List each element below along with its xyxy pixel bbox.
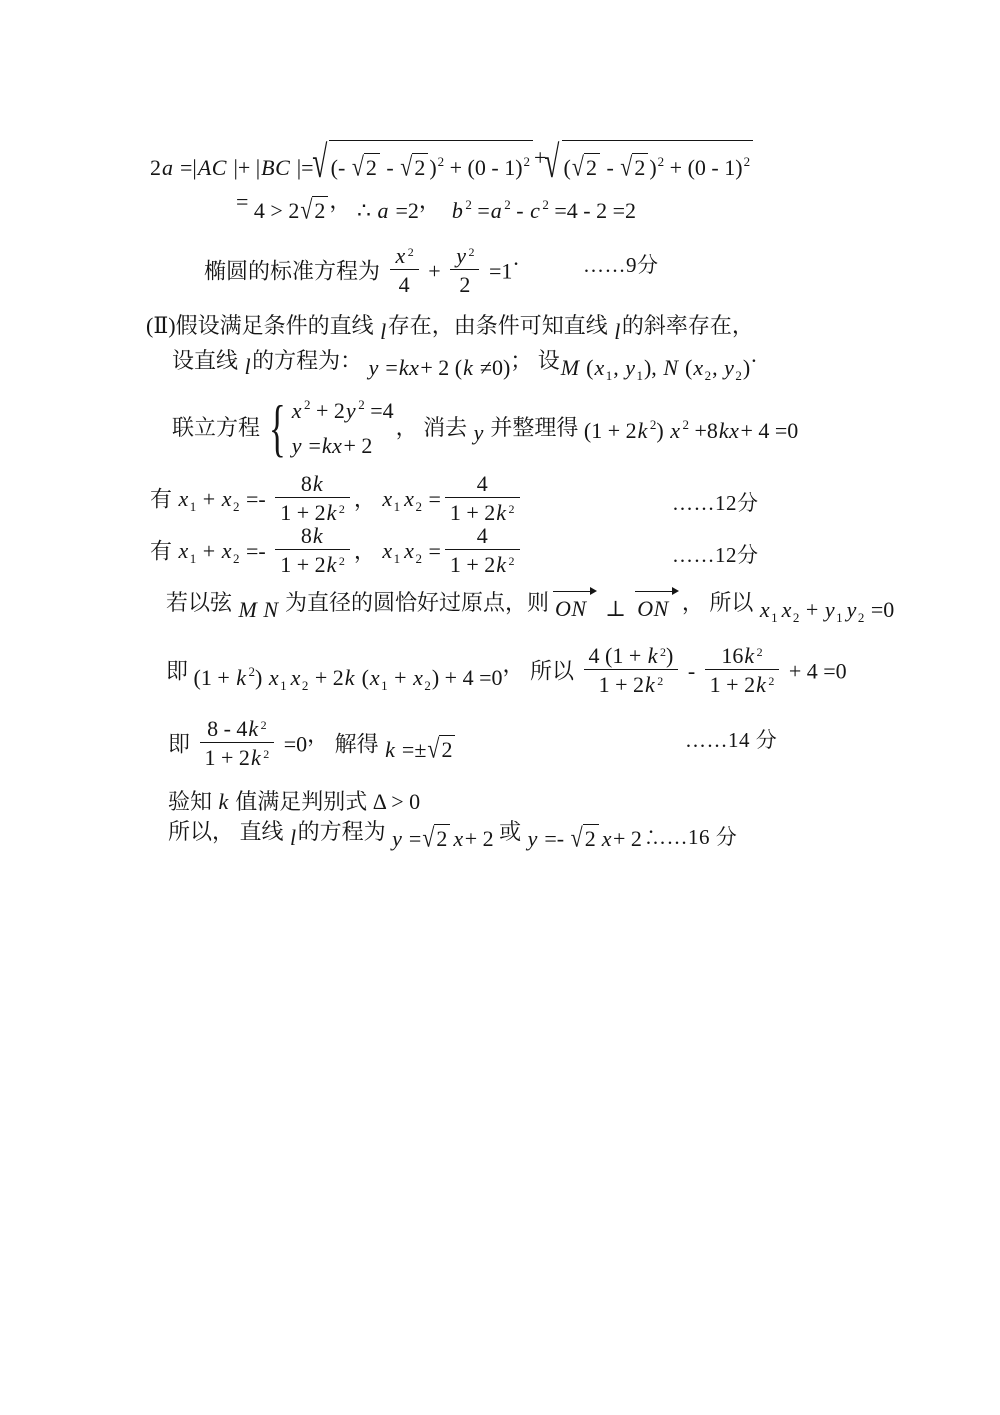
- math-text: |+ |: [228, 155, 260, 180]
- math-text: 存在，由条件可知直线: [388, 313, 614, 338]
- superscript: 2: [542, 197, 549, 212]
- baseline-shift: ON ⊥ ON: [549, 588, 682, 623]
- math-text: 值满足判别式 Δ > 0: [230, 789, 420, 814]
- numerator: 4 (1 + k2): [584, 643, 679, 669]
- math-variable: y: [473, 420, 485, 445]
- superscript: 2: [339, 502, 345, 516]
- math-variable: x: [593, 355, 605, 380]
- superscript: 2: [339, 554, 345, 568]
- line-a-equals-2: = 4 > 2√2， ∴ a =2，b2 =a2 - c2 =4 - 2 =2: [236, 196, 636, 225]
- baseline-shift: x1x2 + y1y2 =0: [759, 596, 894, 624]
- baseline-shift: y =√2x+ 2: [391, 824, 493, 853]
- math-text: 并整理得: [485, 415, 584, 440]
- math-text: =-: [240, 486, 271, 511]
- superscript: 2: [304, 397, 311, 412]
- math-text: 2: [459, 272, 470, 297]
- math-text: =±: [396, 737, 426, 762]
- math-text: 2: [414, 155, 425, 180]
- math-variable: k: [218, 789, 230, 814]
- superscript: 2: [263, 747, 269, 761]
- radicand: 2: [632, 153, 648, 182]
- math-text: + 4 =0: [740, 418, 798, 443]
- math-variable: l: [613, 319, 622, 344]
- fraction: 41 + 2k2: [445, 471, 520, 526]
- math-variable: k: [384, 737, 396, 762]
- math-text: ，: [502, 652, 524, 677]
- radical-sign-icon: √: [312, 134, 327, 190]
- math-variable: k: [344, 665, 356, 690]
- math-variable: y: [368, 355, 380, 380]
- math-variable: kx: [398, 355, 421, 380]
- fraction: 4 (1 + k2)1 + 2k2: [584, 643, 679, 698]
- math-text: ，: [307, 722, 329, 747]
- baseline-shift: y =- √2x+ 2: [527, 824, 642, 853]
- math-text: =: [423, 538, 441, 563]
- math-variable: AC: [197, 155, 228, 180]
- superscript: 2: [438, 154, 445, 169]
- math-text: +8: [689, 418, 718, 443]
- math-variable: y: [824, 597, 836, 622]
- math-variable: x: [381, 486, 393, 511]
- superscript: 2: [509, 502, 515, 516]
- math-variable: x: [452, 826, 464, 851]
- line-part2-assumption: (Ⅱ)假设满足条件的直线 l存在，由条件可知直线 l的斜率存在，: [146, 312, 754, 340]
- baseline-shift: l: [244, 353, 253, 381]
- denominator: 1 + 2k2: [705, 669, 780, 697]
- math-variable: k: [312, 471, 324, 496]
- numerator: 8k: [275, 523, 350, 549]
- sqrt-radical: √(√2 - √2)2 + (0 - 1)2: [547, 140, 753, 182]
- math-variable: l: [289, 825, 298, 850]
- math-text: ， 所以: [682, 590, 759, 615]
- radicand: (√2 - √2)2 + (0 - 1)2: [562, 140, 754, 182]
- subscript: 1: [394, 499, 401, 514]
- score-marker: ……16 分: [645, 821, 737, 851]
- math-text: 设直线: [172, 348, 244, 373]
- math-text: 联立方程: [172, 415, 260, 440]
- math-variable: c: [529, 198, 541, 223]
- math-text: 的斜率存在，: [622, 313, 754, 338]
- system-rows: x2 + 2y2 =4y =kx+ 2: [291, 397, 394, 459]
- radical-sign-icon: √: [427, 732, 439, 766]
- radicand: 2: [434, 824, 450, 853]
- math-variable: kx: [321, 433, 344, 458]
- math-text: -: [601, 155, 619, 180]
- math-text: 2: [314, 198, 325, 223]
- sqrt-radical: √2: [571, 824, 599, 853]
- subscript: 1: [636, 368, 643, 383]
- math-text: 或: [494, 819, 527, 844]
- math-variable: y: [455, 243, 467, 268]
- subscript: 1: [394, 551, 401, 566]
- fraction: 41 + 2k2: [445, 523, 520, 578]
- math-text: 解得: [329, 731, 384, 756]
- math-variable: x: [403, 486, 415, 511]
- vector-arrow-line: [553, 591, 593, 592]
- math-text: +: [800, 597, 823, 622]
- math-variable: k: [312, 523, 324, 548]
- math-text: 若以弦: [166, 590, 238, 615]
- math-text: ): [429, 155, 436, 180]
- subscript: 2: [233, 551, 240, 566]
- math-variable: N: [662, 355, 679, 380]
- math-text: 2: [150, 155, 161, 180]
- math-text: (: [564, 155, 571, 180]
- math-variable: y: [291, 433, 303, 458]
- math-text: =4 - 2 =2: [549, 198, 636, 223]
- math-text: ，: [419, 188, 441, 213]
- math-variable: k: [647, 643, 659, 668]
- math-text: =0: [865, 597, 894, 622]
- baseline-shift: ，: [307, 721, 329, 749]
- denominator: 1 + 2k2: [584, 669, 679, 697]
- fraction: 16k21 + 2k2: [705, 643, 780, 698]
- math-text: 8: [301, 523, 312, 548]
- math-text: 8: [301, 471, 312, 496]
- numerator: 4: [445, 523, 520, 549]
- numerator: 8 - 4k2: [200, 716, 275, 742]
- math-variable: x: [291, 398, 303, 423]
- math-text: 所以: [525, 658, 580, 683]
- math-text: +: [389, 665, 412, 690]
- math-text: ·: [512, 251, 519, 276]
- radicand: 2: [583, 824, 599, 853]
- superscript: 2: [744, 154, 751, 169]
- baseline-shift: l: [289, 824, 298, 852]
- radical-sign-icon: √: [620, 150, 632, 184]
- math-variable: x: [692, 355, 704, 380]
- fraction: 8k1 + 2k2: [275, 471, 350, 526]
- math-text: 4: [399, 272, 410, 297]
- math-text: 1 + 2: [450, 500, 495, 525]
- math-text: 1 + 2: [280, 552, 325, 577]
- math-text: -: [682, 658, 700, 683]
- math-variable: k: [495, 500, 507, 525]
- superscript: 2: [524, 154, 531, 169]
- sqrt-radical: √2: [427, 735, 455, 764]
- math-variable: k: [755, 672, 767, 697]
- radicand: 2: [439, 735, 455, 764]
- math-text: =: [403, 826, 421, 851]
- subscript: 2: [735, 368, 742, 383]
- subscript: 2: [705, 368, 712, 383]
- math-text: + 2: [465, 826, 494, 851]
- denominator: 1 + 2k2: [445, 497, 520, 525]
- math-text: ): [743, 355, 750, 380]
- math-text: 即: [166, 658, 194, 683]
- math-text: ，: [354, 486, 382, 511]
- vector-body: ON: [636, 596, 670, 621]
- math-variable: k: [495, 552, 507, 577]
- math-variable: k: [462, 355, 474, 380]
- math-variable: l: [379, 319, 388, 344]
- math-variable: x: [178, 538, 190, 563]
- line-vieta-2: 有 x1 + x2 =- 8k1 + 2k2， x1x2 =41 + 2k2: [150, 526, 524, 581]
- math-variable: y: [846, 597, 858, 622]
- math-text: 2: [586, 155, 597, 180]
- math-text: (: [581, 355, 594, 380]
- subscript: 1: [606, 368, 613, 383]
- fraction: 8k1 + 2k2: [275, 523, 350, 578]
- math-text: ∴: [351, 198, 376, 223]
- vector-body: ON: [554, 596, 588, 621]
- math-variable: x: [412, 665, 424, 690]
- math-text: =2: [390, 198, 419, 223]
- math-text: 的方程为：: [252, 348, 368, 373]
- line-chord-condition: 若以弦 M N 为直径的圆恰好过原点，则ON ⊥ ON， 所以 x1x2 + y…: [166, 582, 894, 617]
- math-text: =-: [539, 826, 570, 851]
- math-variable: k: [250, 745, 262, 770]
- superscript: 2: [660, 645, 666, 659]
- math-text: =: [472, 198, 490, 223]
- sqrt-radical: √(- √2 - √2)2 + (0 - 1)2: [315, 140, 533, 182]
- system-row: x2 + 2y2 =4: [291, 397, 394, 425]
- subscript: 1: [280, 678, 287, 693]
- math-text: =: [423, 486, 441, 511]
- math-text: 8 - 4: [207, 716, 247, 741]
- math-text: ,: [712, 355, 723, 380]
- math-text: =1: [483, 258, 512, 283]
- math-variable: b: [451, 198, 465, 223]
- math-text: 所以， 直线: [168, 819, 289, 844]
- radicand: 2: [584, 153, 600, 182]
- math-text: (-: [331, 155, 351, 180]
- fraction: 8 - 4k21 + 2k2: [200, 716, 275, 771]
- math-variable: k: [644, 672, 656, 697]
- denominator: 4: [390, 269, 419, 297]
- math-text: 1 + 2: [599, 672, 644, 697]
- math-text: 为直径的圆恰好过原点，则: [280, 590, 550, 615]
- math-text: 2: [436, 826, 447, 851]
- denominator: 2: [450, 269, 479, 297]
- score-marker: ……14 分: [685, 724, 777, 754]
- numerator: 4: [445, 471, 520, 497]
- math-text: =: [380, 355, 398, 380]
- superscript: 2: [658, 154, 665, 169]
- vector: ON: [552, 588, 597, 623]
- math-variable: a: [376, 198, 390, 223]
- subscript: 2: [858, 610, 865, 625]
- math-text: ): [656, 418, 669, 443]
- subscript: 2: [415, 551, 422, 566]
- sqrt-radical: √2: [300, 196, 328, 225]
- subscript: 2: [415, 499, 422, 514]
- subscript: 2: [302, 678, 309, 693]
- math-text: ,: [613, 355, 624, 380]
- math-variable: y: [527, 826, 539, 851]
- math-text: ): [255, 665, 268, 690]
- radicand: 2: [364, 153, 380, 182]
- radical-sign-icon: √: [545, 134, 560, 190]
- math-variable: M N: [238, 597, 280, 622]
- superscript: 2: [261, 718, 267, 732]
- score-marker: ……12分: [672, 487, 759, 517]
- line-discriminant-check: 验知 k 值满足判别式 Δ > 0: [168, 788, 420, 816]
- math-text: 1 + 2: [450, 552, 495, 577]
- baseline-shift: y: [473, 419, 485, 447]
- math-text: + 2: [613, 826, 642, 851]
- superscript: 2: [509, 554, 515, 568]
- fraction: x24: [390, 243, 419, 298]
- superscript: 2: [683, 417, 690, 432]
- math-text: ) + 4 =0: [432, 665, 503, 690]
- math-text: + (0 - 1): [444, 155, 522, 180]
- math-text: 的方程为: [298, 819, 392, 844]
- baseline-shift: ，: [329, 187, 351, 215]
- math-text: 有: [150, 486, 178, 511]
- math-text: + 2: [309, 665, 343, 690]
- superscript: 2: [768, 674, 774, 688]
- fraction: y22: [450, 243, 479, 298]
- math-text: + 2: [343, 433, 372, 458]
- denominator: 1 + 2k2: [200, 742, 275, 770]
- math-text: 即: [168, 731, 196, 756]
- baseline-shift: ·: [512, 250, 519, 278]
- radical-sign-icon: √: [352, 150, 364, 184]
- math-text: + 2: [311, 398, 345, 423]
- baseline-shift: M (x1, y1), N (x2, y2): [560, 354, 750, 382]
- math-variable: x: [669, 418, 681, 443]
- sqrt-radical: √2: [422, 824, 450, 853]
- math-text: +: [197, 538, 220, 563]
- radicand: 2: [412, 153, 428, 182]
- subscript: 1: [771, 610, 778, 625]
- math-text: 4: [477, 471, 488, 496]
- baseline-shift: k =±√2: [384, 735, 456, 764]
- math-text: + (0 - 1): [664, 155, 742, 180]
- superscript: 2: [468, 245, 474, 259]
- math-variable: x: [221, 538, 233, 563]
- math-variable: kx: [718, 418, 741, 443]
- line-solve-k: 即 8 - 4k21 + 2k2 =0， 解得 k =±√2: [168, 719, 456, 774]
- baseline-shift: (1 + 2k2) x2 +8kx+ 4 =0: [584, 417, 798, 445]
- math-text: ),: [644, 355, 662, 380]
- math-text: +: [423, 258, 446, 283]
- math-text: 有: [150, 538, 178, 563]
- math-text: -: [511, 198, 529, 223]
- radical-sign-icon: √: [400, 150, 412, 184]
- math-text: 椭圆的标准方程为: [204, 258, 386, 283]
- math-variable: a: [490, 198, 504, 223]
- superscript: 2: [657, 674, 663, 688]
- math-text: =-: [240, 538, 271, 563]
- math-text: +: [197, 486, 220, 511]
- math-variable: k: [235, 665, 247, 690]
- vector-arrow-line: [635, 591, 675, 592]
- superscript: 2: [465, 197, 472, 212]
- score-marker: ……12分: [672, 539, 759, 569]
- math-text: 4 (1 +: [589, 643, 647, 668]
- math-variable: x: [178, 486, 190, 511]
- math-text: ，: [329, 188, 351, 213]
- subscript: 2: [424, 678, 431, 693]
- subscript: 1: [381, 678, 388, 693]
- math-variable: x: [759, 597, 771, 622]
- line-system: 联立方程{x2 + 2y2 =4y =kx+ 2， 消去 y 并整理得 (1 +…: [172, 399, 798, 461]
- math-variable: l: [244, 354, 253, 379]
- line-final-answer: 所以， 直线 l的方程为 y =√2x+ 2 或 y =- √2x+ 2 ·: [168, 817, 655, 846]
- baseline-shift: =: [236, 188, 248, 216]
- math-text: (Ⅱ)假设满足条件的直线: [146, 313, 379, 338]
- math-text: =: [303, 433, 321, 458]
- math-text: 4 > 2: [248, 198, 299, 223]
- baseline-shift: y =kx+ 2 (k ≠0): [368, 354, 511, 382]
- denominator: 1 + 2k2: [275, 497, 350, 525]
- superscript: 2: [757, 645, 763, 659]
- baseline-shift: M N: [238, 596, 280, 624]
- math-text: 2: [441, 737, 452, 762]
- line-ellipse-equation: 椭圆的标准方程为 x24 + y22 =1·: [204, 246, 520, 301]
- math-text: ⊥: [600, 596, 632, 621]
- denominator: 1 + 2k2: [275, 549, 350, 577]
- superscript: 2: [408, 245, 414, 259]
- baseline-shift: l: [613, 318, 622, 346]
- line-vieta-1: 有 x1 + x2 =- 8k1 + 2k2， x1x2 =41 + 2k2: [150, 474, 524, 529]
- math-text: (: [356, 665, 369, 690]
- math-text: (: [680, 355, 693, 380]
- subscript: 1: [836, 610, 843, 625]
- radical-sign-icon: √: [572, 150, 584, 184]
- subscript: 1: [190, 499, 197, 514]
- math-text: 1 + 2: [205, 745, 250, 770]
- math-text: 2: [634, 155, 645, 180]
- math-text: ): [649, 155, 656, 180]
- score-marker: ……9分: [583, 249, 659, 279]
- math-variable: x: [381, 538, 393, 563]
- vector-arrow-head-icon: [672, 587, 679, 595]
- math-variable: x: [221, 486, 233, 511]
- equation-system: {x2 + 2y2 =4y =kx+ 2: [262, 397, 394, 459]
- numerator: 8k: [275, 471, 350, 497]
- math-variable: k: [637, 418, 649, 443]
- line-distance-2a: 2a =|AC |+ |BC |=√(- √2 - √2)2 + (0 - 1)…: [150, 140, 754, 182]
- sqrt-radical: √2: [620, 153, 648, 182]
- subscript: 1: [190, 551, 197, 566]
- math-variable: x: [601, 826, 613, 851]
- math-text: ； 设: [510, 348, 560, 373]
- document-page: 2a =|AC |+ |BC |=√(- √2 - √2)2 + (0 - 1)…: [0, 0, 1000, 1415]
- math-variable: y: [624, 355, 636, 380]
- subscript: 2: [793, 610, 800, 625]
- baseline-shift: l: [379, 318, 388, 346]
- math-variable: a: [161, 155, 175, 180]
- math-text: (1 + 2: [584, 418, 637, 443]
- math-text: ): [666, 643, 673, 668]
- baseline-shift: (1 + k2) x1x2 + 2k (x1 + x2) + 4 =0: [194, 664, 503, 692]
- math-variable: k: [743, 643, 755, 668]
- math-text: =|: [175, 155, 197, 180]
- sqrt-radical: √2: [400, 153, 428, 182]
- math-variable: y: [391, 826, 403, 851]
- math-variable: x: [369, 665, 381, 690]
- math-text: ， 消去: [396, 415, 473, 440]
- math-variable: y: [723, 355, 735, 380]
- math-variable: x: [290, 665, 302, 690]
- numerator: x2: [390, 243, 419, 269]
- superscript: 2: [650, 417, 657, 432]
- baseline-shift: ，: [419, 187, 441, 215]
- line-set-line-equation: 设直线 l的方程为： y =kx+ 2 (k ≠0)； 设M (x1, y1),…: [172, 347, 758, 375]
- math-text: ·: [750, 348, 757, 373]
- superscript: 2: [249, 664, 256, 679]
- math-text: (1 +: [194, 665, 236, 690]
- radical-sign-icon: √: [300, 193, 312, 227]
- radical-sign-icon: √: [422, 821, 434, 855]
- math-variable: x: [403, 538, 415, 563]
- radicand: (- √2 - √2)2 + (0 - 1)2: [329, 140, 533, 182]
- math-variable: BC: [260, 155, 291, 180]
- math-variable: k: [247, 716, 259, 741]
